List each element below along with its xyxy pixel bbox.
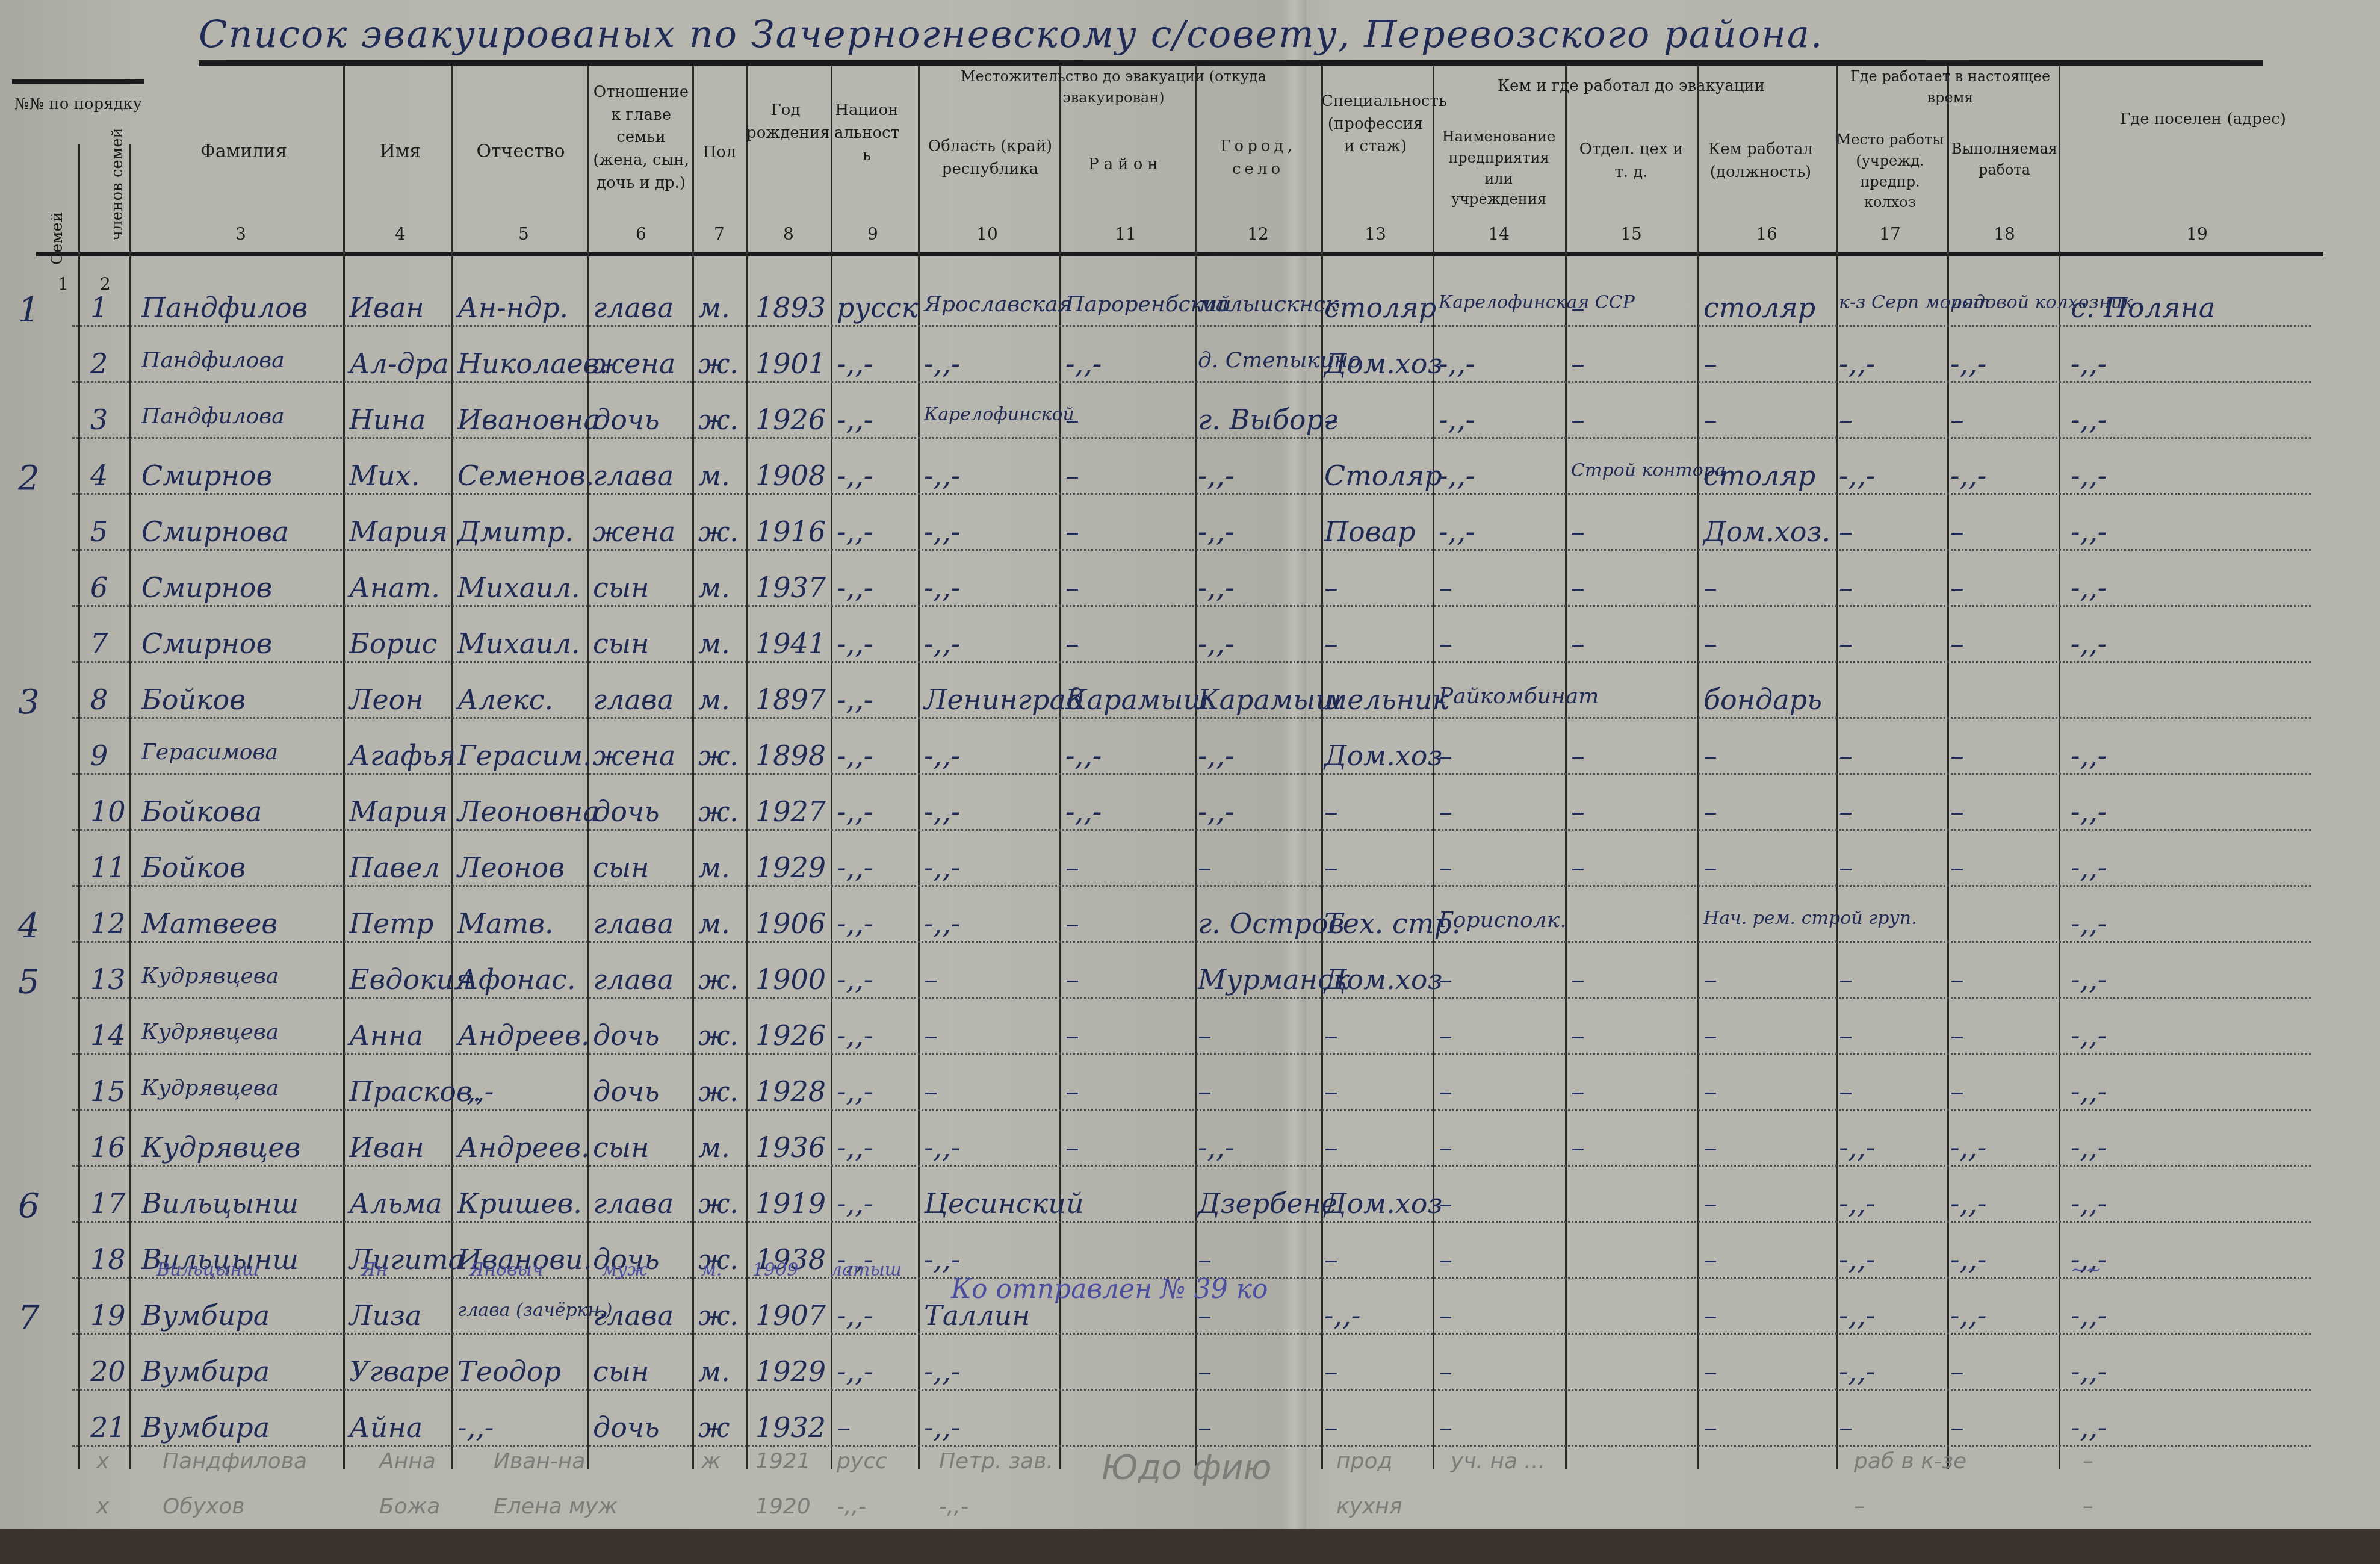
cell-patronymic: Теодор xyxy=(457,1358,561,1385)
page-fold xyxy=(1282,0,1306,1564)
cell-region: Цесинский xyxy=(924,1190,1084,1217)
cell-surname: Смирнов xyxy=(141,630,272,657)
cell-no: 6 xyxy=(90,574,108,601)
cell-year: 1901 xyxy=(755,350,826,377)
column-divider xyxy=(78,144,80,1469)
cell-district: – xyxy=(1065,1022,1079,1049)
cell-work-done: – xyxy=(1950,854,1964,881)
header-patronymic: Отчество xyxy=(454,138,587,165)
cell-settled: -,,- xyxy=(2071,1190,2107,1217)
cell-position: столяр xyxy=(1703,294,1815,321)
cell-district: – xyxy=(1065,406,1079,433)
header-sex: Пол xyxy=(692,141,746,164)
cell-nationality: -,,- xyxy=(837,1302,873,1329)
column-divider xyxy=(1836,66,1838,1469)
column-divider xyxy=(343,66,345,1469)
cell-workplace: – xyxy=(1839,630,1853,657)
cell-year: 1937 xyxy=(755,574,826,601)
cell-enterprise: -,,- xyxy=(1439,518,1475,545)
cell-workplace: -,,- xyxy=(1839,1134,1875,1161)
cell-settled: -,,- xyxy=(2071,1413,2107,1441)
cell-name: Евдокия xyxy=(349,966,473,993)
cell-family: 5 xyxy=(18,966,40,999)
cell-patronymic: Андреев. xyxy=(457,1134,590,1161)
cell-position: – xyxy=(1703,798,1717,825)
cell-name: Иван xyxy=(349,1134,424,1161)
cell-settled: -,,- xyxy=(2071,966,2107,993)
cell-specialty: мельник xyxy=(1324,686,1449,713)
cell-name: Ал-дра xyxy=(349,350,449,377)
header-top-rule xyxy=(199,60,2263,66)
pencil-workplace: – xyxy=(1854,1496,1865,1518)
cell-no: 19 xyxy=(90,1302,126,1329)
cell-region: -,,- xyxy=(924,574,960,601)
cell-nationality: -,,- xyxy=(837,686,873,713)
cell-surname: Матвеев xyxy=(141,910,277,937)
cell-workplace: – xyxy=(1839,518,1853,545)
row-line xyxy=(72,605,2311,607)
cell-no: 17 xyxy=(90,1190,126,1217)
cell-position: – xyxy=(1703,1078,1717,1105)
cell-region: – xyxy=(924,1078,938,1105)
cell-name: Лиза xyxy=(349,1302,422,1329)
cell-district: – xyxy=(1065,1078,1079,1105)
cell-district: -,,- xyxy=(1065,798,1102,825)
cell-work-done: – xyxy=(1950,742,1964,769)
cell-city: – xyxy=(1198,1358,1212,1385)
cell-no: 16 xyxy=(90,1134,126,1161)
pencil-patronymic: Иван-на xyxy=(494,1451,585,1472)
column-number: 7 xyxy=(707,224,731,244)
cell-no: 3 xyxy=(90,406,108,433)
cell-year: 1893 xyxy=(755,294,826,321)
cell-sex: м. xyxy=(698,854,730,881)
pencil-workplace: раб в к-зе xyxy=(1854,1451,1966,1472)
cell-work-done: – xyxy=(1950,574,1964,601)
cell-workplace: – xyxy=(1839,1078,1853,1105)
cell-specialty: – xyxy=(1324,574,1338,601)
cell-year: 1897 xyxy=(755,686,826,713)
cell-department: – xyxy=(1571,1134,1585,1161)
cell-name: Мария xyxy=(349,798,448,825)
cell-region: Карелофинской xyxy=(924,406,1074,424)
cell-specialty: Дом.хоз xyxy=(1324,966,1443,993)
cell-city: – xyxy=(1198,854,1212,881)
cell-surname: Герасимова xyxy=(141,742,278,763)
cell-name: Мария xyxy=(349,518,448,545)
cell-region: -,,- xyxy=(924,630,960,657)
cell-sex: м. xyxy=(698,910,730,937)
row-line xyxy=(72,1389,2311,1391)
cell-no: 5 xyxy=(90,518,108,545)
pencil-specialty: кухня xyxy=(1336,1496,1402,1518)
cell-patronymic: Ивановна xyxy=(457,406,600,433)
cell-relation: глава xyxy=(593,462,674,489)
cell-workplace: – xyxy=(1839,574,1853,601)
cell-nationality: -,,- xyxy=(837,910,873,937)
cell-work-done: -,,- xyxy=(1950,462,1986,489)
cell-work-done: – xyxy=(1950,1078,1964,1105)
cell-nationality: -,,- xyxy=(837,798,873,825)
insert-surname: Вильцынш xyxy=(156,1261,259,1279)
cell-specialty: – xyxy=(1324,1413,1338,1441)
cell-patronymic: Дмитр. xyxy=(457,518,574,545)
cell-relation: глава xyxy=(593,1190,674,1217)
cell-district: – xyxy=(1065,910,1079,937)
cell-sex: ж. xyxy=(698,1078,739,1105)
cell-specialty: Дом.хоз xyxy=(1324,742,1443,769)
cell-no: 18 xyxy=(90,1246,126,1273)
cell-enterprise: – xyxy=(1439,798,1452,825)
cell-settled: -,,- xyxy=(2071,630,2107,657)
row-line xyxy=(72,549,2311,551)
cell-year: 1926 xyxy=(755,406,826,433)
cell-city: г. Остров xyxy=(1198,910,1345,937)
cell-region: Ленинград xyxy=(924,686,1083,713)
cell-sex: м. xyxy=(698,1358,730,1385)
pencil-nationality: русс xyxy=(837,1451,887,1472)
cell-no: 2 xyxy=(90,350,108,377)
row-line xyxy=(72,773,2311,775)
cell-region: -,,- xyxy=(924,1413,960,1441)
cell-city: г. Выборг xyxy=(1198,406,1337,433)
cell-relation: глава xyxy=(593,686,674,713)
cell-sex: ж. xyxy=(698,350,739,377)
pencil-note: Юдо фию xyxy=(1102,1451,1272,1485)
cell-workplace: – xyxy=(1839,966,1853,993)
cell-city: -,,- xyxy=(1198,462,1234,489)
cell-no: 11 xyxy=(90,854,126,881)
cell-workplace: – xyxy=(1839,1413,1853,1441)
column-number: 6 xyxy=(629,224,653,244)
cell-patronymic: -,,- xyxy=(457,1413,494,1441)
cell-district: – xyxy=(1065,518,1079,545)
cell-specialty: – xyxy=(1324,1078,1338,1105)
cell-surname: Кудрявцев xyxy=(141,1134,300,1161)
cell-enterprise: -,,- xyxy=(1439,406,1475,433)
cell-name: Айна xyxy=(349,1413,423,1441)
cell-department: – xyxy=(1571,742,1585,769)
document-page: Список эвакуированых по Зачерногневскому… xyxy=(0,0,2380,1564)
cell-nationality: -,,- xyxy=(837,574,873,601)
cell-enterprise: – xyxy=(1439,742,1452,769)
cell-nationality: русск xyxy=(837,294,918,321)
cell-no: 4 xyxy=(90,462,108,489)
cell-sex: ж. xyxy=(698,798,739,825)
header-family-members: членов семей xyxy=(108,128,126,241)
cell-region: -,,- xyxy=(924,798,960,825)
pencil-nationality: -,,- xyxy=(837,1496,866,1518)
cell-department: – xyxy=(1571,798,1585,825)
header-order-numbers: №№ по порядку xyxy=(12,93,144,116)
header-region: Область (край) республика xyxy=(927,135,1053,181)
cell-work-done: – xyxy=(1950,966,1964,993)
pencil-patronymic: Елена муж xyxy=(494,1496,618,1518)
cell-position: – xyxy=(1703,1022,1717,1049)
cell-year: 1941 xyxy=(755,630,826,657)
cell-sex: ж. xyxy=(698,518,739,545)
cell-no: 1 xyxy=(90,294,108,321)
cell-department: – xyxy=(1571,854,1585,881)
cell-relation: сын xyxy=(593,630,649,657)
header-nationality: Национальность xyxy=(831,99,903,167)
cell-specialty: – xyxy=(1324,630,1338,657)
cell-nationality: -,,- xyxy=(837,406,873,433)
cell-name: Петр xyxy=(349,910,433,937)
cell-no: 10 xyxy=(90,798,126,825)
cell-workplace: – xyxy=(1839,1022,1853,1049)
cell-settled: -,,- xyxy=(2071,406,2107,433)
cell-work-done: -,,- xyxy=(1950,1246,1986,1273)
column-number: 15 xyxy=(1619,224,1643,244)
cell-family: 3 xyxy=(18,686,40,719)
insert-settled: ~~ xyxy=(2071,1261,2101,1279)
cell-region: Таллин xyxy=(924,1302,1030,1329)
cell-city: -,,- xyxy=(1198,574,1234,601)
cell-region: Ярославская xyxy=(924,294,1072,315)
cell-name: Анна xyxy=(349,1022,423,1049)
cell-workplace: -,,- xyxy=(1839,1302,1875,1329)
cell-year: 1929 xyxy=(755,854,826,881)
cell-name: Альма xyxy=(349,1190,442,1217)
cell-position: – xyxy=(1703,406,1717,433)
column-number: 3 xyxy=(229,224,253,244)
cell-surname: Пандфилова xyxy=(141,406,285,427)
cell-specialty: – xyxy=(1324,1022,1338,1049)
pencil-name: Божа xyxy=(379,1496,440,1518)
cell-work-done: – xyxy=(1950,518,1964,545)
column-number: 9 xyxy=(861,224,885,244)
cell-settled: -,,- xyxy=(2071,742,2107,769)
column-number: 17 xyxy=(1878,224,1902,244)
cell-specialty: Повар xyxy=(1324,518,1415,545)
cell-no: 21 xyxy=(90,1413,126,1441)
cell-year: 1919 xyxy=(755,1190,826,1217)
header-workplace: Место работы (учрежд. предпр. колхоз xyxy=(1836,129,1944,213)
column-divider xyxy=(1195,66,1197,1469)
cell-city: -,,- xyxy=(1198,798,1234,825)
cell-region: -,,- xyxy=(924,854,960,881)
pencil-specialty: прод xyxy=(1336,1451,1392,1472)
cell-city: – xyxy=(1198,1413,1212,1441)
row-line xyxy=(72,941,2311,943)
cell-surname: Пандфилов xyxy=(141,294,308,321)
cell-position: – xyxy=(1703,1134,1717,1161)
cell-relation: жена xyxy=(593,350,675,377)
column-number: 19 xyxy=(2185,224,2209,244)
insert-name: Ян xyxy=(361,1261,388,1279)
row-line xyxy=(72,437,2311,439)
row-line xyxy=(72,1221,2311,1223)
pencil-settled: – xyxy=(2083,1496,2093,1518)
cell-sex: ж. xyxy=(698,1022,739,1049)
cell-relation: сын xyxy=(593,854,649,881)
column-divider xyxy=(746,66,748,1469)
column-number: 11 xyxy=(1114,224,1138,244)
insert-sex: м. xyxy=(701,1261,722,1279)
row-line xyxy=(72,325,2311,327)
cell-family: 7 xyxy=(18,1302,40,1335)
cell-position: – xyxy=(1703,1246,1717,1273)
cell-workplace: -,,- xyxy=(1839,1358,1875,1385)
cell-nationality: -,,- xyxy=(837,742,873,769)
cell-sex: ж xyxy=(698,1413,730,1441)
cell-district: – xyxy=(1065,630,1079,657)
cell-surname: Смирнов xyxy=(141,462,272,489)
pencil-name: Анна xyxy=(379,1451,436,1472)
cell-city: Карамыш xyxy=(1198,686,1342,713)
cell-settled: -,,- xyxy=(2071,574,2107,601)
cell-sex: ж. xyxy=(698,1190,739,1217)
header-department: Отдел. цех и т. д. xyxy=(1571,138,1691,184)
cell-nationality: -,,- xyxy=(837,1358,873,1385)
cell-department: – xyxy=(1571,294,1585,321)
pencil-year: 1921 xyxy=(755,1451,811,1472)
cell-nationality: -,,- xyxy=(837,1022,873,1049)
cell-patronymic: Николаев. xyxy=(457,350,608,377)
cell-nationality: -,,- xyxy=(837,518,873,545)
pencil-mark: х xyxy=(96,1496,109,1518)
cell-relation: дочь xyxy=(593,1022,660,1049)
cell-patronymic: Афонас. xyxy=(457,966,576,993)
cell-department: – xyxy=(1571,1078,1585,1105)
cell-surname: Пандфилова xyxy=(141,350,285,371)
cell-relation: глава xyxy=(593,294,674,321)
cell-position: – xyxy=(1703,854,1717,881)
pencil-mark: х xyxy=(96,1451,109,1472)
cell-sex: ж. xyxy=(698,1302,739,1329)
cell-nationality: -,,- xyxy=(837,462,873,489)
column-number: 16 xyxy=(1755,224,1779,244)
cell-district: – xyxy=(1065,854,1079,881)
cell-position: Нач. рем. строй груп. xyxy=(1703,910,1917,928)
cell-specialty: – xyxy=(1324,1246,1338,1273)
cell-year: 1928 xyxy=(755,1078,826,1105)
cell-settled: -,,- xyxy=(2071,1358,2107,1385)
cell-specialty: Столяр xyxy=(1324,462,1442,489)
cell-no: 20 xyxy=(90,1358,126,1385)
cell-position: – xyxy=(1703,350,1717,377)
cell-enterprise: – xyxy=(1439,630,1452,657)
column-divider xyxy=(1321,66,1323,1469)
cell-sex: м. xyxy=(698,1134,730,1161)
cell-year: 1927 xyxy=(755,798,826,825)
cell-settled: -,,- xyxy=(2071,854,2107,881)
insert-nationality: латыш xyxy=(831,1261,902,1279)
cell-sex: м. xyxy=(698,574,730,601)
cell-region: -,,- xyxy=(924,518,960,545)
cell-workplace: – xyxy=(1839,854,1853,881)
cell-surname: Вумбира xyxy=(141,1302,270,1329)
cell-no: 13 xyxy=(90,966,126,993)
cell-department: Строй контора xyxy=(1571,462,1726,480)
cell-no: 8 xyxy=(90,686,108,713)
column-divider xyxy=(2059,66,2060,1469)
cell-relation: жена xyxy=(593,742,675,769)
insert-relation: муж xyxy=(602,1261,648,1279)
pencil-region: Петр. зав. xyxy=(939,1451,1053,1472)
row-line xyxy=(72,717,2311,719)
cell-position: – xyxy=(1703,1190,1717,1217)
cell-district: -,,- xyxy=(1065,350,1102,377)
cell-patronymic: Герасим. xyxy=(457,742,592,769)
cell-sex: ж. xyxy=(698,406,739,433)
cell-relation: глава xyxy=(593,910,674,937)
pencil-region: -,,- xyxy=(939,1496,968,1518)
cell-family: 2 xyxy=(18,462,40,495)
document-title: Список эвакуированых по Зачерногневскому… xyxy=(199,12,1823,56)
cell-specialty: – xyxy=(1324,1134,1338,1161)
cell-enterprise: Райкомбинат xyxy=(1439,686,1599,707)
cell-city: – xyxy=(1198,1022,1212,1049)
column-divider xyxy=(1947,66,1949,1469)
cell-work-done: -,,- xyxy=(1950,350,1986,377)
cell-patronymic: Андреев. xyxy=(457,1022,590,1049)
cell-specialty: – xyxy=(1324,406,1338,433)
cell-department: – xyxy=(1571,630,1585,657)
cell-name: Борис xyxy=(349,630,437,657)
cell-region: – xyxy=(924,1022,938,1049)
row-line xyxy=(72,1053,2311,1055)
cell-enterprise: Горисполк. xyxy=(1439,910,1567,931)
cell-name: Нина xyxy=(349,406,426,433)
cell-name: Леон xyxy=(349,686,424,713)
cell-work-done: – xyxy=(1950,1413,1964,1441)
cell-relation: жена xyxy=(593,518,675,545)
cell-relation: сын xyxy=(593,574,649,601)
cell-work-done: – xyxy=(1950,798,1964,825)
cell-workplace: -,,- xyxy=(1839,462,1875,489)
header-residence-group: Местожительство до эвакуации (откуда эва… xyxy=(915,66,1312,108)
cell-specialty: – xyxy=(1324,798,1338,825)
pencil-sex: ж xyxy=(701,1451,721,1472)
header-city: Город, село xyxy=(1198,135,1318,181)
cell-workplace: -,,- xyxy=(1839,1190,1875,1217)
cell-name: Агафья xyxy=(349,742,456,769)
cell-surname: Вильцынш xyxy=(141,1190,299,1217)
cell-city: – xyxy=(1198,1078,1212,1105)
cell-year: 1898 xyxy=(755,742,826,769)
cell-workplace: -,,- xyxy=(1839,1246,1875,1273)
cell-name: Мих. xyxy=(349,462,420,489)
cell-relation: сын xyxy=(593,1358,649,1385)
pencil-surname: Пандфилова xyxy=(163,1451,307,1472)
cell-year: 1932 xyxy=(755,1413,826,1441)
cell-city: -,,- xyxy=(1198,1134,1234,1161)
cell-specialty: – xyxy=(1324,854,1338,881)
cell-name: Павел xyxy=(349,854,440,881)
cell-sex: м. xyxy=(698,294,730,321)
cell-no: 15 xyxy=(90,1078,126,1105)
cell-enterprise: – xyxy=(1439,1134,1452,1161)
header-district: Район xyxy=(1059,154,1192,176)
cell-specialty: Дом.хоз xyxy=(1324,350,1443,377)
cell-position: столяр xyxy=(1703,462,1815,489)
cell-settled: -,,- xyxy=(2071,910,2107,937)
cell-position: бондарь xyxy=(1703,686,1822,713)
cell-relation: дочь xyxy=(593,1413,660,1441)
cell-enterprise: – xyxy=(1439,1413,1452,1441)
cell-settled: -,,- xyxy=(2071,1022,2107,1049)
cell-year: 1908 xyxy=(755,462,826,489)
row-line xyxy=(72,829,2311,831)
cell-enterprise: -,,- xyxy=(1439,462,1475,489)
cell-city: -,,- xyxy=(1198,630,1234,657)
cell-position: – xyxy=(1703,1302,1717,1329)
cell-relation: глава xyxy=(593,1302,674,1329)
column-number: 5 xyxy=(512,224,536,244)
cell-family: 4 xyxy=(18,910,40,943)
